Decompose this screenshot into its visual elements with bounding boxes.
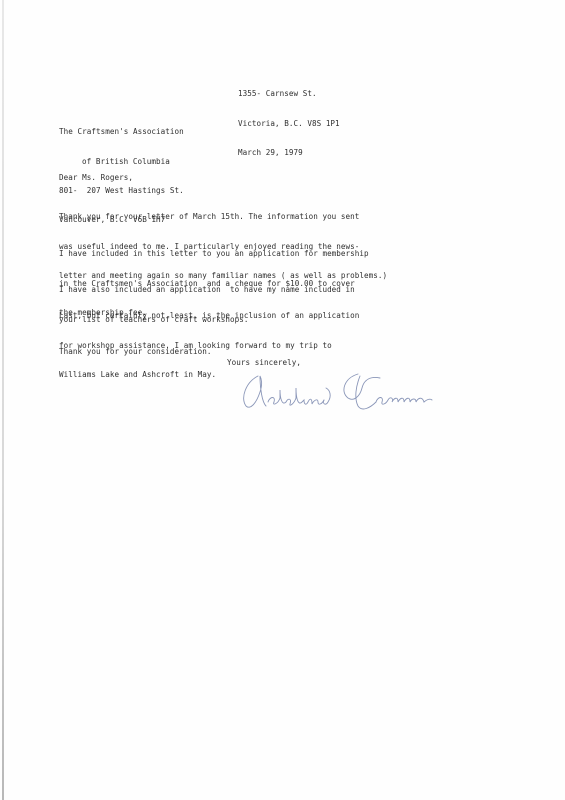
salutation: Dear Ms. Rogers,	[59, 173, 133, 183]
paragraph-line: Last, but certainly not least, is the in…	[59, 311, 359, 321]
scan-edge-shadow	[2, 0, 4, 800]
sender-street: 1355- Carnsew St.	[238, 89, 340, 99]
recipient-name-cont: of British Columbia	[59, 157, 184, 167]
paragraph-line: Thank you for your letter of March 15th.…	[59, 212, 387, 222]
handwritten-signature: Adaline Foeman	[236, 368, 446, 418]
paragraph-line: Thank you for your consideration.	[59, 347, 212, 357]
paragraph-5: Thank you for your consideration.	[59, 328, 212, 377]
paragraph-line: I have included in this letter to you an…	[59, 249, 369, 259]
letter-date: March 29, 1979	[238, 148, 340, 158]
sender-address: 1355- Carnsew St. Victoria, B.C. V8S 1P1…	[238, 70, 340, 177]
closing: Yours sincerely,	[227, 358, 301, 368]
recipient-name: The Craftsmen's Association	[59, 127, 184, 137]
sender-city: Victoria, B.C. V8S 1P1	[238, 119, 340, 129]
letter-page: 1355- Carnsew St. Victoria, B.C. V8S 1P1…	[0, 0, 565, 800]
